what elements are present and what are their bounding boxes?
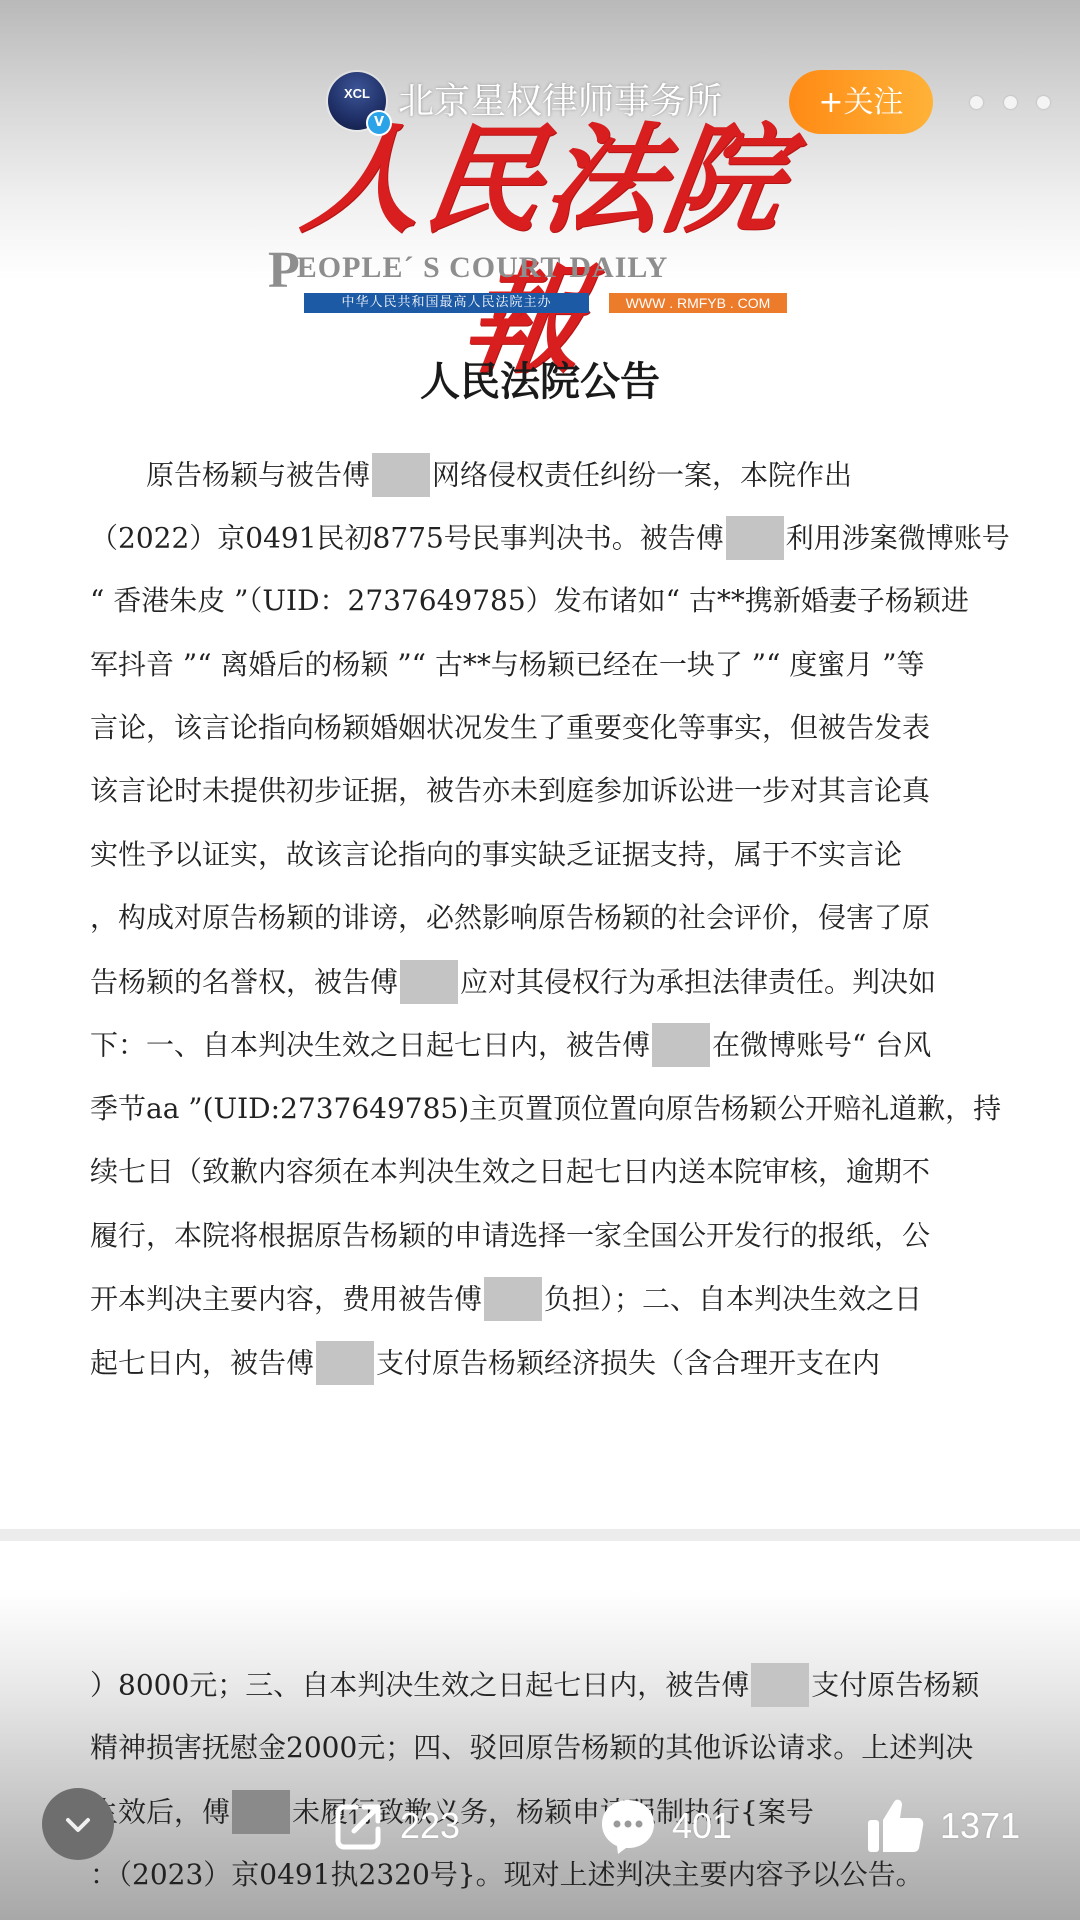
announcement-line: 下：一、自本判决生效之日起七日内，被告傅在微博账号“ 台风	[90, 1025, 931, 1065]
announcement-line: ：（2023）京0491执2320号}。现对上述判决主要内容予以公告。	[90, 1855, 924, 1895]
announcement-line: 季节aa ”(UID:2737649785)主页置顶位置向原告杨颖公开赔礼道歉，…	[90, 1089, 1001, 1129]
announcement-line: 续七日（致歉内容须在本判决生效之日起七日内送本院审核，逾期不	[90, 1152, 930, 1192]
follow-button[interactable]: +关注	[789, 70, 933, 134]
announcement-line: 言论，该言论指向杨颖婚姻状况发生了重要变化等事实，但被告发表	[90, 708, 930, 748]
announcement-line: 该言论时未提供初步证据，被告亦未到庭参加诉讼进一步对其言论真	[90, 771, 930, 811]
redaction-block	[400, 960, 458, 1004]
announcement-line: 原告杨颖与被告傅网络侵权责任纠纷一案，本院作出	[146, 455, 852, 495]
more-dot-icon	[1037, 96, 1050, 109]
announcement-line: 告杨颖的名誉权，被告傅应对其侵权行为承担法律责任。判决如	[90, 962, 936, 1002]
redaction-block	[316, 1341, 374, 1385]
redaction-block	[232, 1790, 290, 1834]
like-count: 1371	[940, 1805, 1020, 1847]
announcement-line: 履行，本院将根据原告杨颖的申请选择一家全国公开发行的报纸，公	[90, 1216, 930, 1256]
chevron-down-icon	[42, 1788, 114, 1860]
announcement-line: 军抖音 ”“ 离婚后的杨颖 ”“ 古**与杨颖已经在一块了 ”“ 度蜜月 ”等	[90, 645, 925, 685]
redaction-block	[652, 1023, 710, 1067]
thumbs-up-icon	[866, 1796, 926, 1856]
image-divider	[0, 1529, 1080, 1541]
share-icon	[332, 1799, 386, 1853]
announcement-line: 精神损害抚慰金2000元；四、驳回原告杨颖的其他诉讼请求。上述判决	[90, 1728, 973, 1768]
share-count: 223	[400, 1805, 460, 1847]
newspaper-masthead: 人民法院報 PEOPLE´ S COURT DAILY 中华人民共和国最高人民法…	[240, 110, 840, 310]
masthead-website: WWW . RMFYB . COM	[609, 293, 787, 313]
more-dot-icon	[970, 96, 983, 109]
like-button[interactable]: 1371	[866, 1796, 1020, 1856]
more-dot-icon	[1004, 96, 1017, 109]
share-button[interactable]: 223	[332, 1796, 460, 1856]
announcement-line: 开本判决主要内容，费用被告傅负担）；二、自本判决生效之日	[90, 1279, 922, 1319]
comment-icon	[598, 1796, 658, 1856]
masthead-title-cn: 人民法院報	[240, 110, 850, 250]
announcement-line: ）8000元；三、自本判决生效之日起七日内，被告傅支付原告杨颖	[90, 1665, 979, 1705]
redaction-block	[751, 1663, 809, 1707]
account-name[interactable]: 北京星权律师事务所	[398, 74, 722, 130]
collapse-button[interactable]	[42, 1788, 114, 1860]
redaction-block	[726, 516, 784, 560]
more-options-button[interactable]	[970, 86, 1050, 118]
comment-button[interactable]: 401	[598, 1796, 732, 1856]
masthead-sponsor: 中华人民共和国最高人民法院主办	[304, 293, 589, 313]
announcement-line: （2022）京0491民初8775号民事判决书。被告傅利用涉案微博账号	[90, 518, 1010, 558]
verified-icon: V	[366, 110, 392, 136]
announcement-line: “ 香港朱皮 ”（UID：2737649785）发布诸如“ 古**携新婚妻子杨颖…	[90, 581, 969, 621]
announcement-line: ，构成对原告杨颖的诽谤，必然影响原告杨颖的社会评价，侵害了原	[90, 898, 930, 938]
masthead-title-en: PEOPLE´ S COURT DAILY	[268, 248, 828, 288]
announcement-line: 起七日内，被告傅支付原告杨颖经济损失（含合理开支在内	[90, 1343, 880, 1383]
comment-count: 401	[672, 1805, 732, 1847]
redaction-block	[484, 1277, 542, 1321]
announcement-line: 实性予以证实，故该言论指向的事实缺乏证据支持，属于不实言论	[90, 835, 902, 875]
redaction-block	[372, 453, 430, 497]
announcement-title: 人民法院公告	[0, 352, 1080, 412]
